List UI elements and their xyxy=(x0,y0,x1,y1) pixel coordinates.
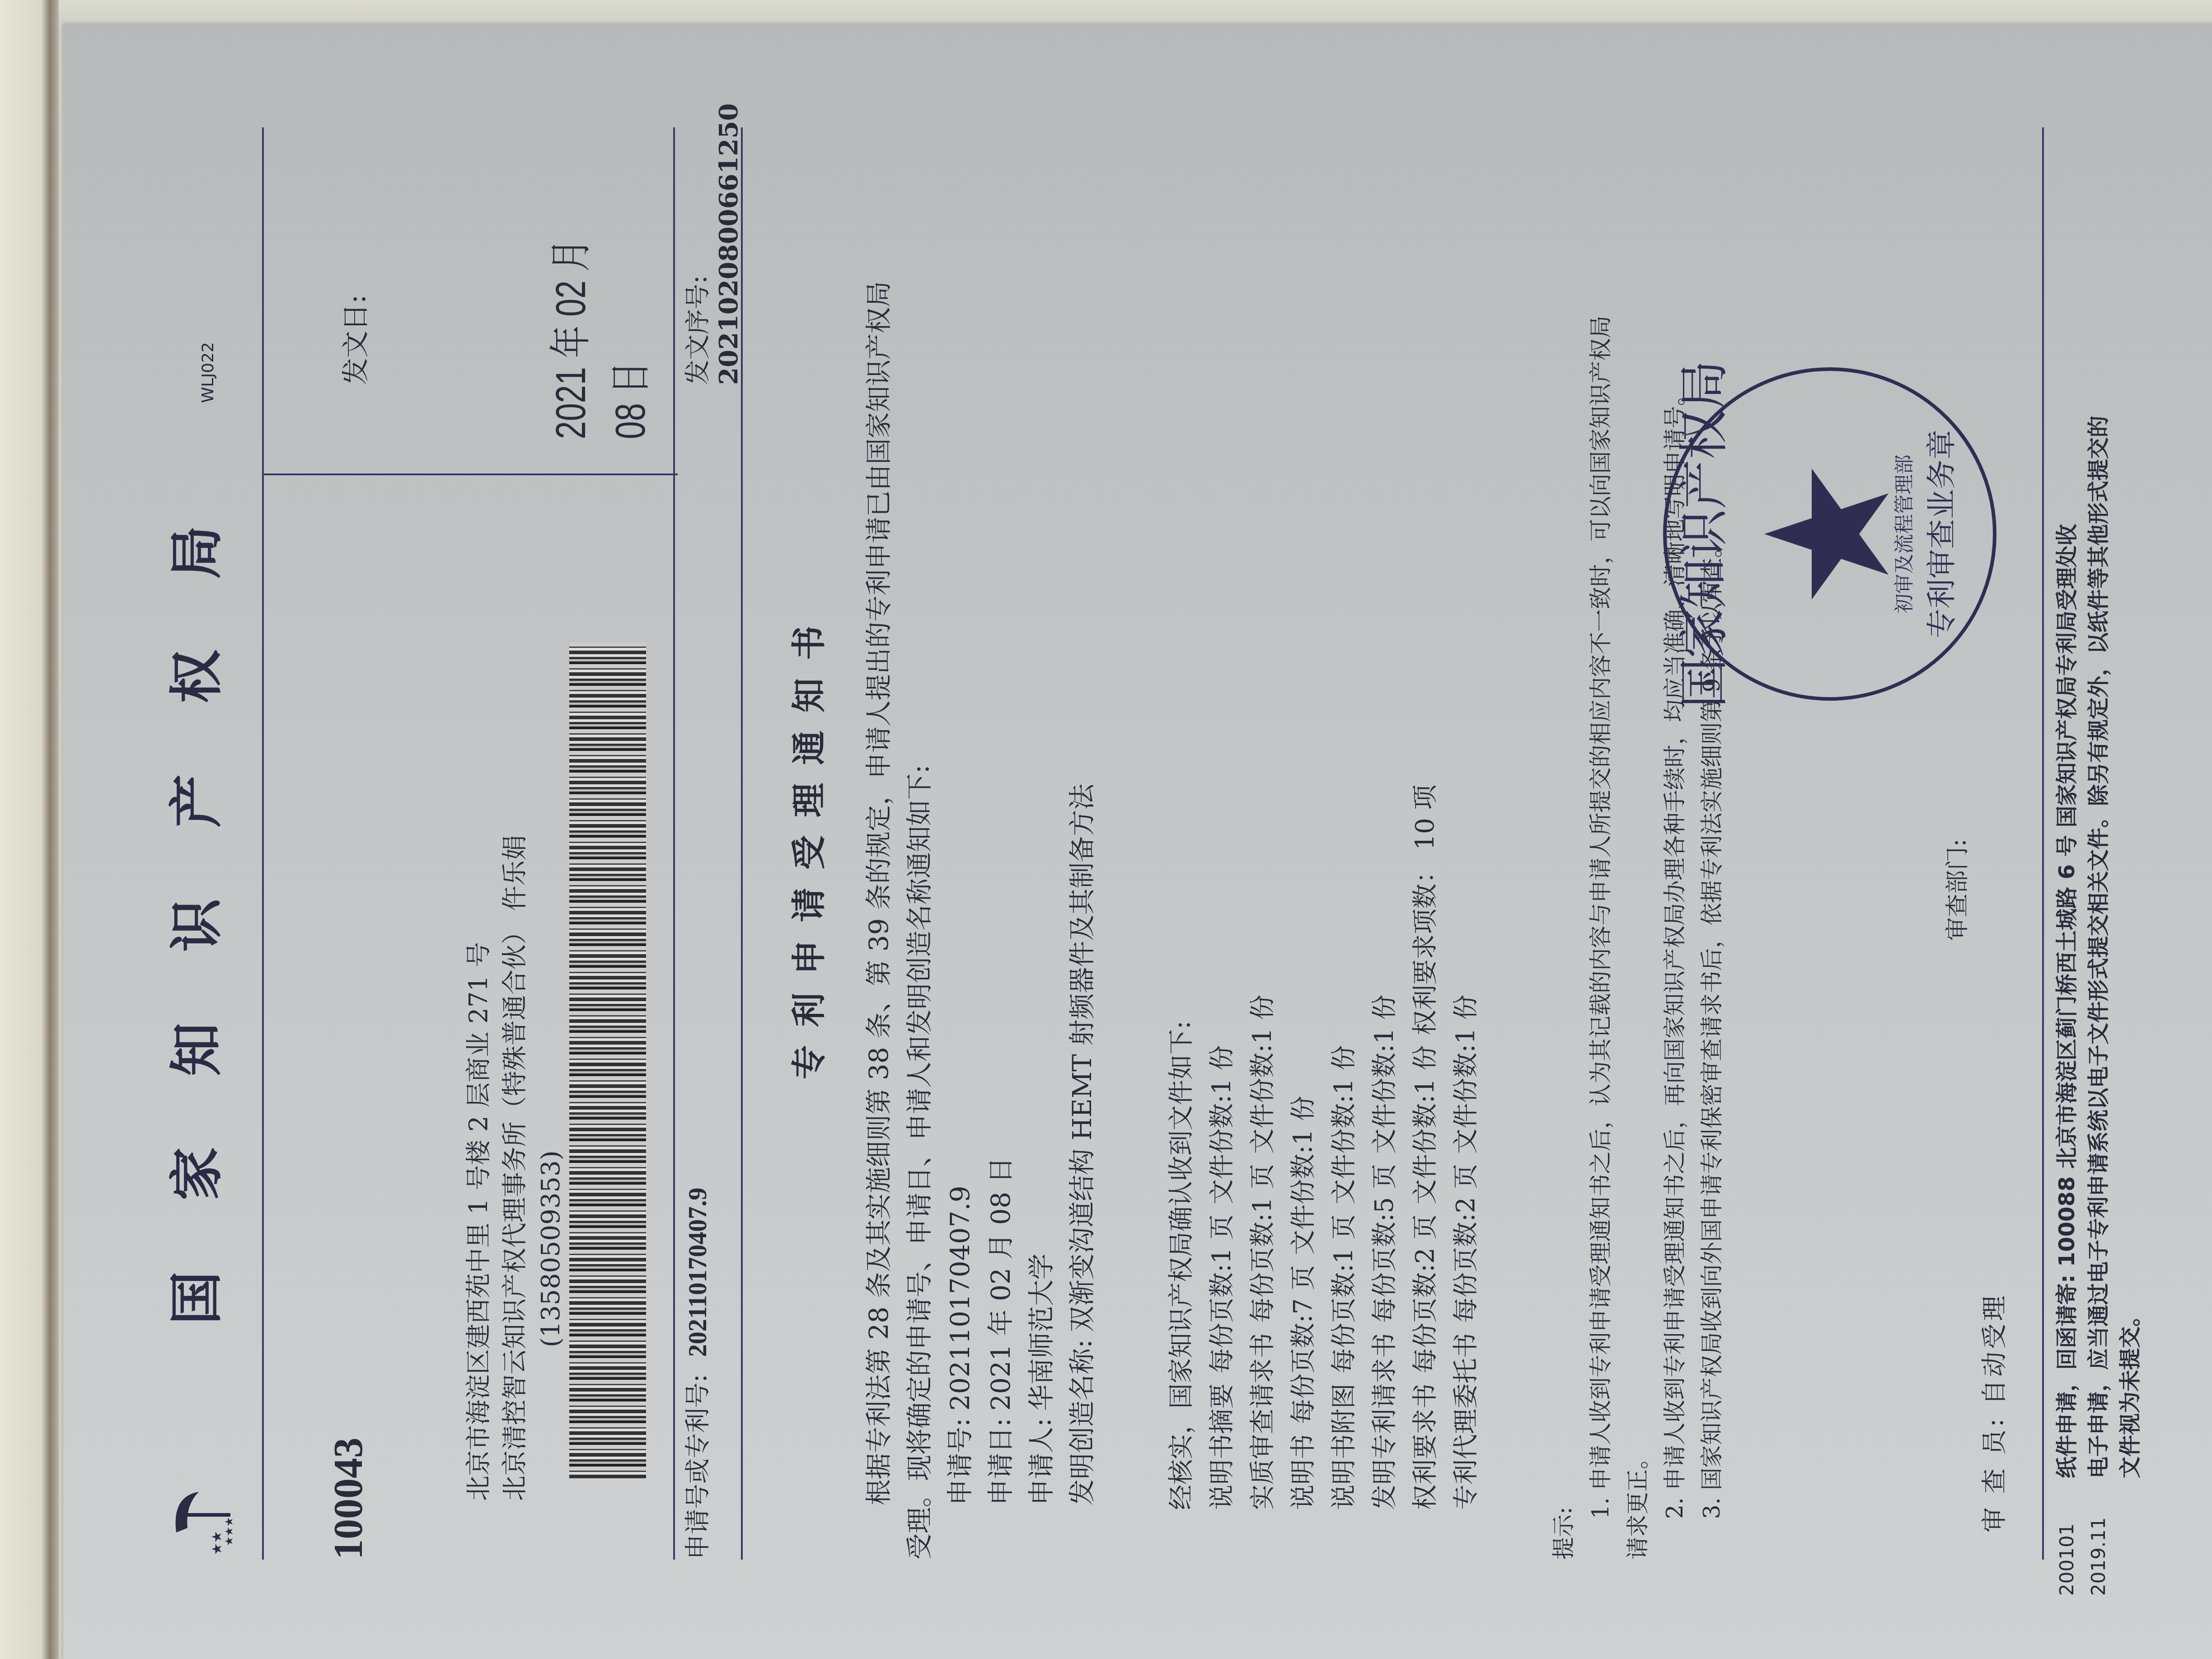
file-row: 发明专利请求书每份页数:5 页文件份数:1 份 xyxy=(1364,775,1405,1510)
received-files: 经核实，国家知识产权局确认收到文件如下: 说明书摘要每份页数:1 页文件份数:1… xyxy=(1161,775,1486,1510)
file-copies: 文件份数:1 份 xyxy=(1207,1045,1237,1204)
footer-line: 文件视为未提交。 xyxy=(2114,127,2146,1478)
file-row: 说明书摘要每份页数:1 页文件份数:1 份 xyxy=(1202,775,1242,1510)
serial-label: 发文序号: xyxy=(683,275,712,385)
file-name: 发明专利请求书 xyxy=(1370,1333,1399,1510)
intro-line: 受理。现将确定的申请号、申请日、申请人和发明创造名称通知如下: xyxy=(899,127,940,1560)
note-item: 2. 申请人收到专利申请受理通知书之后，再向国家知识产权局办理各种手续时，均应当… xyxy=(1656,127,1693,1560)
file-pages: 每份页数:2 页 xyxy=(1451,1164,1481,1323)
footer-rule xyxy=(2042,127,2044,1560)
footer-line: 电子申请，应当通过电子专利申请系统以电子文件形式提交相关文件。除另有规定外，以纸… xyxy=(2083,127,2114,1478)
notice-field: 申请人:华南师范大学 xyxy=(1021,127,1062,1560)
file-copies: 文件份数:1 份 xyxy=(1289,1096,1318,1255)
file-copies: 文件份数:1 份 xyxy=(1451,994,1481,1153)
notice-title: 专利申请受理通知书 xyxy=(782,127,831,1560)
notice-body: 根据专利法第 28 条及其实施细则第 38 条、第 39 条的规定，申请人提出的… xyxy=(858,127,1102,1560)
svg-text:初审及流程管理部: 初审及流程管理部 xyxy=(1893,455,1916,614)
field-value: 华南师范大学 xyxy=(1026,1253,1057,1411)
file-pages: 每份页数:5 页 xyxy=(1370,1164,1399,1323)
identifier-row: 申请号或专利号: 202110170407.9 发文序号: 2021020800… xyxy=(678,127,714,1560)
notice-field: 申请号:202110170407.9 xyxy=(940,127,980,1560)
header-divider xyxy=(262,473,678,475)
sent-date: 2021 年 02 月 08 日 xyxy=(538,196,657,439)
file-copies: 文件份数:1 份 xyxy=(1370,994,1399,1153)
notes-section: 提示: 1. 申请人收到专利申请受理通知书之后，认为其记载的内容与申请人所提交的… xyxy=(1545,127,1730,1560)
files-intro: 经核实，国家知识产权局确认收到文件如下: xyxy=(1161,775,1202,1510)
barcode xyxy=(569,642,646,1478)
footer-text: 纸件申请，回函请寄: 100088 北京市海淀区蓟门桥西土城路 6 号 国家知识… xyxy=(2051,127,2146,1478)
address-line: 北京市海淀区建西苑中里 1 号楼 2 层商业 271 号 xyxy=(461,835,497,1501)
file-name: 说明书附图 xyxy=(1329,1383,1359,1510)
examiner-value: 自动受理 xyxy=(1980,1293,2009,1405)
serial-block: 发文序号: 2021020800661250 xyxy=(678,103,744,385)
field-label: 发明创造名称: xyxy=(1067,1339,1097,1505)
file-row: 说明书每份页数:7 页文件份数:1 份 xyxy=(1283,775,1324,1510)
field-value: 双渐变沟道结构 HEMT 射频器件及其制备方法 xyxy=(1067,784,1097,1332)
office-title: 国 家 知 识 产 权 局 xyxy=(154,500,230,1325)
notice-field: 发明创造名称:双渐变沟道结构 HEMT 射频器件及其制备方法 xyxy=(1062,127,1102,1560)
file-extra: 权利要求项数： 10 项 xyxy=(1411,785,1440,1036)
note-item: 1. 申请人收到专利申请受理通知书之后，认为其记载的内容与申请人所提交的相应内容… xyxy=(1582,127,1619,1560)
file-name: 权利要求书 xyxy=(1411,1383,1440,1510)
file-pages: 每份页数:7 页 xyxy=(1289,1265,1318,1424)
serial-number: 2021020800661250 xyxy=(714,103,744,385)
note-item: 请求更正。 xyxy=(1619,127,1656,1560)
field-label: 申请人: xyxy=(1026,1418,1057,1505)
field-label: 申请日: xyxy=(985,1418,1016,1505)
field-value: 2021 年 02 月 08 日 xyxy=(985,1157,1016,1411)
note-item: 3. 国家知识产权局收到向外国申请专利保密审查请求书后，依据专利法实施细则第 9… xyxy=(1693,127,1730,1560)
address-line: (13580509353) xyxy=(533,835,569,1501)
file-name: 专利代理委托书 xyxy=(1451,1333,1481,1510)
examiner-label: 审 查 员: xyxy=(1980,1416,2009,1532)
file-row: 说明书附图每份页数:1 页文件份数:1 份 xyxy=(1324,775,1364,1510)
form-code: WLJ022 xyxy=(199,342,217,403)
document-page: ★★ ★★★ 国 家 知 识 产 权 局 WLJ022 发文日: 2021 年 … xyxy=(63,23,2212,1659)
sent-date-label: 发文日: xyxy=(334,295,373,385)
id-rule-top xyxy=(673,127,675,1560)
file-name: 说明书 xyxy=(1289,1434,1318,1510)
svg-text:专利审查业务章: 专利审查业务章 xyxy=(1924,430,1959,638)
file-pages: 每份页数:1 页 xyxy=(1207,1214,1237,1373)
form-codes: 200101 2019.11 xyxy=(2051,1517,2114,1596)
application-no: 202110170407.9 xyxy=(684,1187,712,1357)
file-row: 专利代理委托书每份页数:2 页文件份数:1 份 xyxy=(1446,775,1486,1510)
recipient-postcode: 100043 xyxy=(325,1438,372,1560)
file-copies: 文件份数:1 份 xyxy=(1411,1045,1440,1204)
official-seal-icon: 国家知识产权局 初审及流程管理部 专利审查业务章 xyxy=(1658,358,2001,710)
file-row: 实质审查请求书每份页数:1 页文件份数:1 份 xyxy=(1242,775,1283,1510)
svg-text:国家知识产权局: 国家知识产权局 xyxy=(1675,360,1733,708)
notes-label: 提示: xyxy=(1545,127,1582,1560)
file-pages: 每份页数:2 页 xyxy=(1411,1214,1440,1373)
footer-line: 纸件申请，回函请寄: 100088 北京市海淀区蓟门桥西土城路 6 号 国家知识… xyxy=(2051,127,2083,1478)
form-version: 2019.11 xyxy=(2083,1517,2114,1596)
file-name: 实质审查请求书 xyxy=(1248,1333,1277,1510)
file-row: 权利要求书每份页数:2 页文件份数:1 份权利要求项数： 10 项 xyxy=(1405,775,1446,1510)
cnipa-logo-icon: ★★ ★★★ xyxy=(167,1478,235,1560)
examiner: 审 查 员: 自动受理 xyxy=(1974,1293,2010,1532)
file-pages: 每份页数:1 页 xyxy=(1248,1164,1277,1323)
recipient-address: 北京市海淀区建西苑中里 1 号楼 2 层商业 271 号 北京清控智云知识产权代… xyxy=(461,835,569,1501)
review-dept-label: 审查部门: xyxy=(1938,839,1972,941)
notice-field: 申请日:2021 年 02 月 08 日 xyxy=(980,127,1021,1560)
file-copies: 文件份数:1 份 xyxy=(1329,1045,1359,1204)
header-rule xyxy=(262,127,264,1560)
address-line: 北京清控智云知识产权代理事务所（特殊普通合伙） 仵乐娟 xyxy=(497,835,533,1501)
photo-background-edge xyxy=(0,0,59,1659)
field-value: 202110170407.9 xyxy=(945,1186,975,1411)
file-copies: 文件份数:1 份 xyxy=(1248,994,1277,1153)
field-label: 申请号: xyxy=(945,1418,975,1505)
file-name: 说明书摘要 xyxy=(1207,1383,1237,1510)
svg-text:★★★: ★★★ xyxy=(223,1517,235,1546)
intro-line: 根据专利法第 28 条及其实施细则第 38 条、第 39 条的规定，申请人提出的… xyxy=(858,127,899,1560)
file-pages: 每份页数:1 页 xyxy=(1329,1214,1359,1373)
form-code: 200101 xyxy=(2051,1517,2083,1596)
application-no-label: 申请号或专利号: xyxy=(678,1374,714,1560)
